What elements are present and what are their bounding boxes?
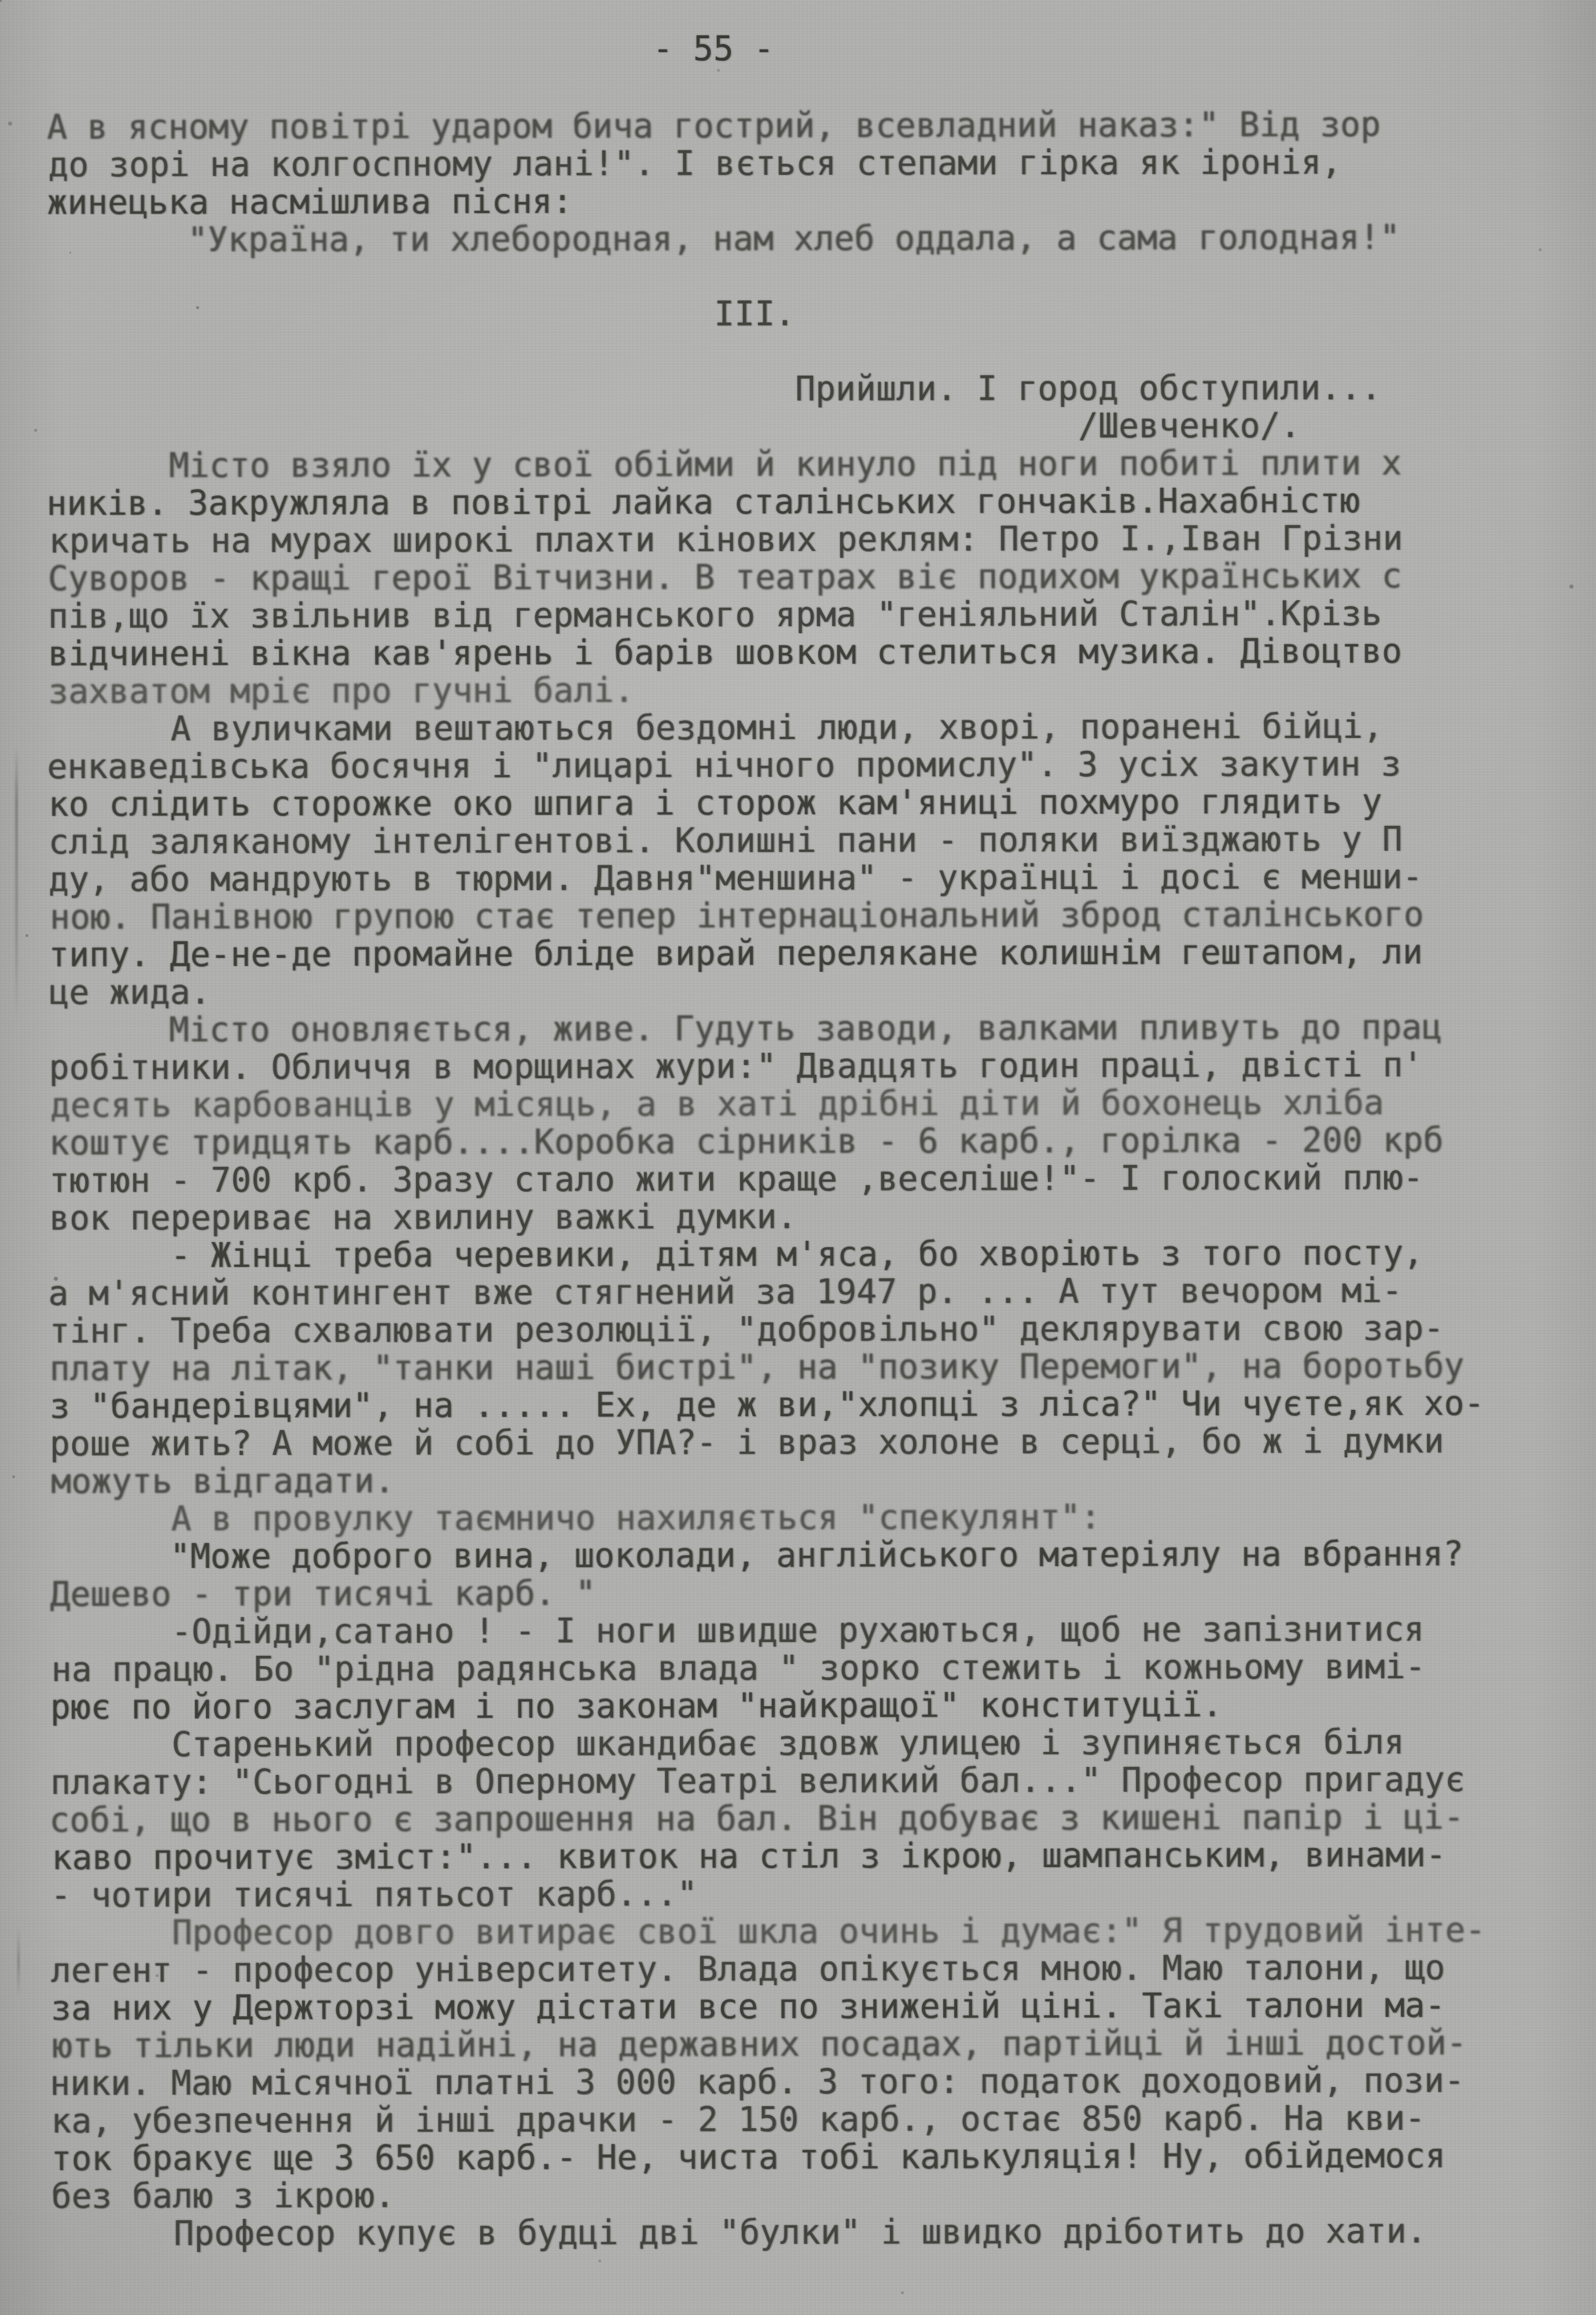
text-line: ники. Маю місячної платні 3 000 карб. З …	[50, 2062, 1596, 2103]
scan-artifact-streak	[17, 1927, 20, 1997]
text-line: - Жінці треба черевики, дітям м'яса, бо …	[49, 1234, 1596, 1275]
text-line	[49, 331, 1595, 372]
text-line: слід заляканому інтелігентові. Колишні п…	[49, 820, 1595, 861]
text-line: Дешево - три тисячі карб. "	[50, 1572, 1596, 1614]
text-line: Професор купує в будці дві "булки" і шви…	[53, 2212, 1596, 2253]
paper-specks	[0, 0, 2, 2]
text-line: коштує тридцять карб....Коробка сірників…	[49, 1121, 1596, 1162]
text-line: -Одійди,сатано ! - І ноги швидше рухають…	[50, 1610, 1596, 1651]
text-line: вок перериває на хвилину важкі думки.	[49, 1196, 1596, 1237]
text-line: можуть відгадати.	[51, 1460, 1596, 1501]
text-line: тінг. Треба схвалювати резолюції, "добро…	[49, 1309, 1596, 1350]
text-line: "Україна, ти хлебородная, нам хлеб оддал…	[46, 218, 1593, 259]
text-line: Професор довго витирає свої шкла очинь і…	[51, 1911, 1596, 1952]
text-line: ко слідить сторожке око шпига і сторож к…	[49, 782, 1595, 824]
text-line: без балю з ікрою.	[52, 2174, 1596, 2215]
text-line: - чотири тисячі пятьсот карб..."	[51, 1873, 1596, 1915]
text-line: пів,що їх звільнив від германського ярма…	[48, 594, 1595, 635]
text-line: А в провулку таємничо нахиляється "спеку…	[50, 1497, 1596, 1538]
typewritten-text: А в ясному повітрі ударом бича гострий, …	[0, 105, 1596, 2253]
text-line: типу. Де-не-де промайне бліде вирай пере…	[49, 933, 1595, 974]
text-line: Місто взяло їх у свої обійми й кинуло пі…	[47, 444, 1594, 485]
text-line: жинецька насмішлива пісня:	[47, 181, 1594, 222]
text-line: десять карбованців у місяць, а в хаті др…	[50, 1083, 1596, 1125]
text-line: "Може доброго вина, шоколади, англійсько…	[49, 1535, 1595, 1576]
text-line: рює по його заслугам і по законам "найкр…	[50, 1685, 1596, 1726]
text-line: на працю. Бо "рідна радянська влада " зо…	[52, 1648, 1596, 1689]
scanned-typewritten-page: - 55 - А в ясному повітрі ударом бича го…	[0, 0, 1596, 2315]
text-line: ників. Закружляла в повітрі лайка сталін…	[46, 482, 1593, 523]
scan-artifact-streak	[15, 747, 18, 1019]
text-line: Прийшли. І город обступили...	[47, 369, 1594, 410]
text-line: А в ясному повітрі ударом бича гострий, …	[47, 105, 1594, 146]
text-line: роше жить? А може й собі до УПА?- і враз…	[50, 1422, 1596, 1463]
text-line: ток бракує ще 3 650 карб.- Не, чиста тоб…	[51, 2137, 1596, 2178]
text-line: кричать на мурах широкі плахти кінових р…	[49, 519, 1596, 560]
text-line	[47, 256, 1594, 297]
text-line: собі, що в нього є запрошення на бал. Ві…	[49, 1798, 1596, 1839]
text-line: ною. Панівною групою стає тепер інтернац…	[50, 895, 1596, 936]
text-line: каво прочитує зміст:"... квиток на стіл …	[52, 1836, 1596, 1877]
text-line: а м'ясний контингент вже стягнений за 19…	[48, 1272, 1595, 1313]
text-line: тютюн - 700 крб. Зразу стало жити краще …	[49, 1159, 1596, 1200]
text-line: плату на літак, "танки наші бистрі", на …	[50, 1347, 1596, 1388]
text-line: А вуличками вештаються бездомні люди, хв…	[49, 707, 1596, 748]
text-line: Місто оновляється, живе. Гудуть заводи, …	[47, 1008, 1594, 1049]
text-line: ють тільки люди надійні, на державних по…	[52, 2024, 1596, 2065]
text-line: ка, убезпечення й інші драчки - 2 150 ка…	[51, 2099, 1596, 2140]
text-line: енкаведівська босячня і "лицарі нічного …	[47, 745, 1594, 786]
page-number: - 55 -	[653, 30, 774, 68]
text-line: Суворов - кращі герої Вітчизни. В театра…	[48, 557, 1595, 598]
text-line: це жида.	[49, 971, 1595, 1012]
text-line: плакату: "Сьогодні в Оперному Театрі вел…	[50, 1761, 1596, 1802]
text-line: легент - професор університету. Влада оп…	[51, 1949, 1596, 1990]
text-line: з "бандерівцями", на ..... Ех, де ж ви,"…	[50, 1384, 1596, 1425]
text-line: відчинені вікна кав'ярень і барів шовком…	[48, 632, 1595, 673]
text-line: ду, або мандрують в тюрми. Давня"меншина…	[49, 858, 1595, 899]
text-line: захватом мріє про гучні балі.	[48, 670, 1595, 711]
text-line: до зорі на колгоспному лані!". І вється …	[48, 143, 1595, 184]
text-line: ІІІ.	[47, 293, 1594, 335]
text-line: робітники. Обличчя в морщинах жури:" Два…	[49, 1046, 1596, 1087]
text-line: /Шевченко/.	[47, 406, 1594, 447]
text-line: Старенький професор шкандибає здовж улиц…	[50, 1723, 1596, 1764]
text-line: за них у Держторзі можу дістати все по з…	[51, 1986, 1596, 2027]
